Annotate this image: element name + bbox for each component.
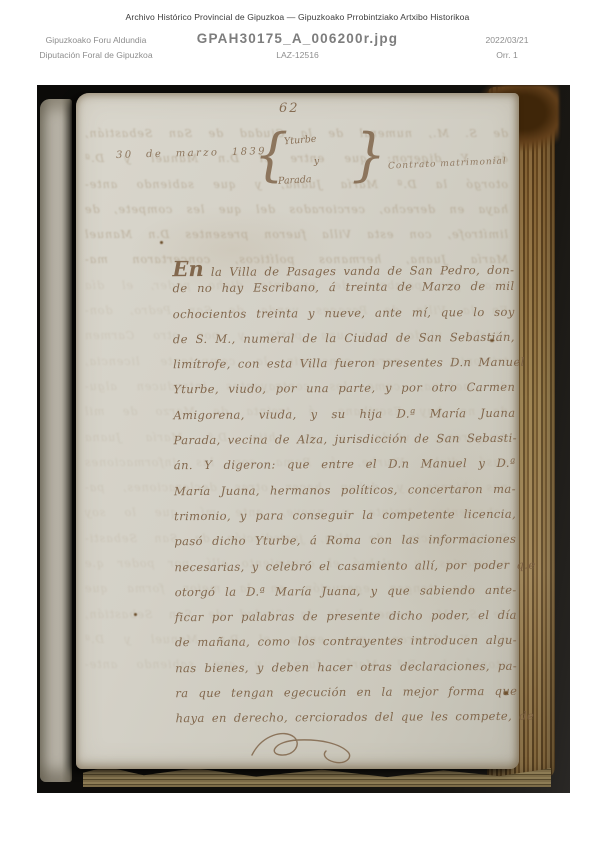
body-line: án. Y digeron: que entre el D.n Manuel y… <box>174 456 516 484</box>
body-line: ra que tengan egecución en la mejor form… <box>175 684 517 712</box>
date-page-block: 2022/03/21 Orr. 1 <box>465 33 549 63</box>
body-line: ochocientos treinta y nueve, ante mí, qu… <box>173 304 515 332</box>
body-line: María Juana, hermanos políticos, concert… <box>174 481 516 509</box>
body-line: Yturbe, viudo, por una parte, y por otro… <box>173 380 515 408</box>
body-line: de mañana, como los contrayentes introdu… <box>175 633 517 661</box>
docket-name-groom: Yturbe <box>284 134 317 148</box>
ink-speck <box>504 691 508 695</box>
body-line: En la Villa de Pasages vanda de San Pedr… <box>172 254 514 282</box>
docket-brace-right: } <box>352 121 386 187</box>
ink-speck <box>160 241 163 244</box>
ink-speck <box>490 339 494 342</box>
page-number-label: Orr. 1 <box>465 48 549 63</box>
scan-date: 2022/03/21 <box>465 33 549 48</box>
body-line: pasó dicho Yturbe, á Roma con las inform… <box>174 532 516 560</box>
body-line: de S. M., numeral de la Ciudad de San Se… <box>173 330 515 358</box>
decorated-initial: En <box>172 256 203 281</box>
manuscript-photo: de S. M., numeral de la Ciudad de San Se… <box>37 85 570 793</box>
body-line: necesarias, y celebró el casamiento allí… <box>174 557 516 585</box>
body-line: limítrofe, con esta Villa fueron present… <box>173 355 515 383</box>
facing-page-edge <box>40 99 72 782</box>
docket-name-bride: Parada <box>278 174 312 187</box>
body-line: otorgó la D.ª María Juana, y que sabiend… <box>175 583 517 611</box>
body-line: Parada, vecina de Alza, jurisdicción de … <box>174 431 516 459</box>
manuscript-body: En la Villa de Pasages vanda de San Pedr… <box>172 254 517 737</box>
rubric-flourish <box>246 727 358 773</box>
body-line: ficar por palabras de presente dicho pod… <box>175 608 517 636</box>
body-line: nas bienes, y deben hacer otras declarac… <box>175 659 517 687</box>
body-line: trimonio, y para conseguir la competente… <box>174 507 516 535</box>
archive-title: Archivo Histórico Provincial de Gipuzkoa… <box>0 12 595 22</box>
bleed-line: limítrofe, con esta Villa fueron present… <box>84 228 508 253</box>
docket-annotation: { Yturbe y Parada } <box>254 131 392 199</box>
ink-speck <box>134 613 137 616</box>
body-line: Amigorena, viuda, y su hija D.ª María Ju… <box>173 406 515 434</box>
bleed-line: haya en derecho, cerciorados del que les… <box>84 203 508 228</box>
manuscript-page: de S. M., numeral de la Ciudad de San Se… <box>76 93 519 769</box>
folio-number: 62 <box>279 101 300 116</box>
body-line: de no hay Escribano, á treinta de Marzo … <box>173 279 515 307</box>
docket-conjunction: y <box>314 157 319 167</box>
